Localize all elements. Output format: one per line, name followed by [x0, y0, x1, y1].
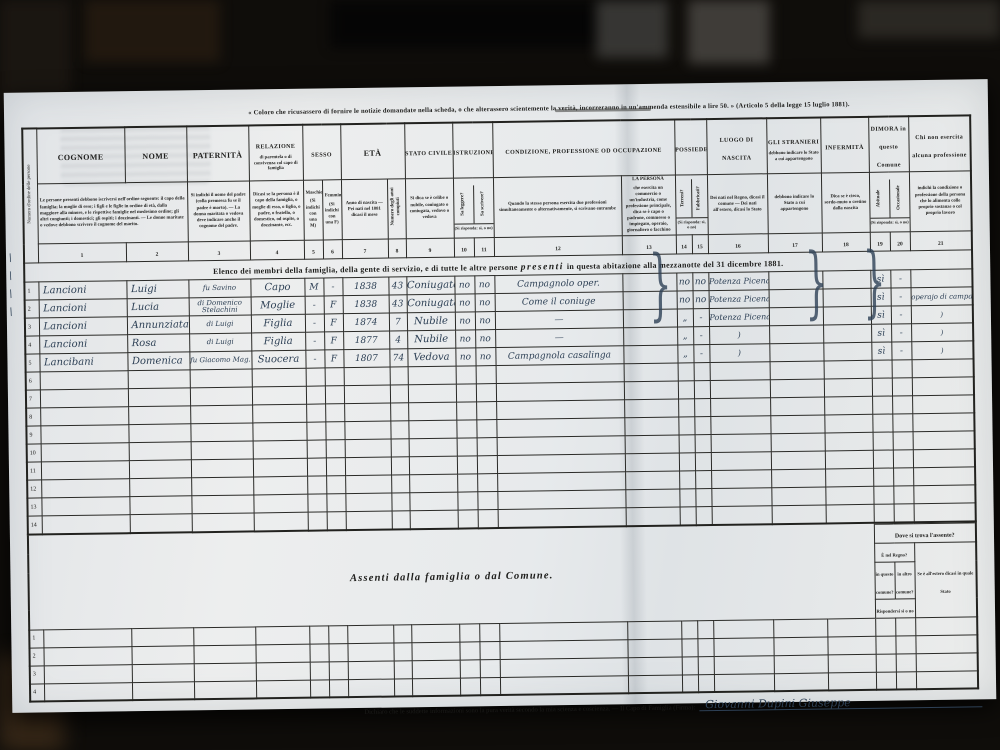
- cell-terreni: „: [677, 309, 693, 327]
- cell-f: [326, 458, 345, 476]
- cell-text: sì: [877, 328, 885, 338]
- absent-section-title: Assenti dalla famiglia o dal Comune.: [28, 524, 875, 630]
- chi-desc: indichi la condizione o professione dell…: [909, 171, 972, 232]
- cell-infermita: [824, 361, 872, 380]
- cell-infermita: [824, 397, 872, 416]
- cell-luogo: [710, 416, 770, 435]
- cell-text: -: [313, 318, 316, 328]
- cell-text: F: [331, 354, 337, 364]
- cell-infermita: [822, 271, 870, 290]
- cell-chi: [912, 395, 974, 414]
- cell-text: -: [699, 313, 702, 323]
- cell-text: Coniugata: [407, 298, 455, 310]
- cell-legge: no: [454, 276, 474, 294]
- cell-fabbricati: -: [693, 327, 709, 345]
- cell-anni: [392, 511, 410, 529]
- cell-legge: [459, 624, 479, 642]
- cell-terreni: [678, 399, 694, 417]
- cell-cognome: [43, 647, 131, 666]
- cell-scrive: [476, 420, 496, 438]
- cell-chi: [910, 269, 972, 288]
- background-object: [688, 0, 770, 64]
- cell-text: 1807: [355, 354, 378, 364]
- cell-m: [310, 662, 329, 680]
- pen-tick: ∕: [6, 268, 16, 286]
- cell-condizione: [496, 382, 624, 402]
- cell-infermita: [823, 325, 871, 344]
- cell-persona: [623, 309, 677, 328]
- cell-f: [326, 494, 345, 512]
- cell-anni: [393, 625, 411, 643]
- cell-cognome: [40, 425, 128, 444]
- paternita-desc: Si indichi il nome del padre (colla prem…: [187, 181, 250, 242]
- cell-dim_ab: sì: [871, 306, 891, 324]
- cell-luogo: [712, 506, 772, 525]
- cell-terreni: [678, 381, 694, 399]
- cell-nome: [129, 442, 191, 461]
- cell-nome: [129, 478, 191, 497]
- cell-num: 9: [26, 426, 40, 444]
- cell-straniero: [771, 451, 825, 470]
- cell-terreni: [678, 363, 694, 381]
- cell-fabbricati: no: [693, 291, 709, 309]
- cell-text: 6: [29, 378, 32, 384]
- cell-text: „: [683, 349, 688, 359]
- cell-paternita: [190, 369, 252, 388]
- cell-text: F: [330, 300, 336, 310]
- cell-nome: [131, 628, 193, 647]
- cell-text: 9: [29, 432, 32, 438]
- cell-text: 1877: [355, 336, 378, 346]
- cell-infermita: [823, 343, 871, 362]
- cell-f: [326, 440, 345, 458]
- margin-pen-ticks: ∕ ∕ ∕ ∕: [9, 250, 13, 322]
- cell-anno: [347, 643, 393, 662]
- cell-luogo: [711, 434, 771, 453]
- cell-terreni: [681, 639, 697, 657]
- cell-relazione: [252, 387, 306, 406]
- cell-paternita: [194, 681, 256, 700]
- cell-text: Capo: [264, 282, 290, 293]
- cell-condizione: Campagnolo oper.: [494, 274, 622, 294]
- cell-f: [328, 626, 347, 644]
- col-sesso-title: SESSO: [302, 124, 341, 180]
- cell-dim_oc: [895, 636, 915, 654]
- cell-luogo: Potenza Picena: [709, 308, 769, 327]
- cell-persona: [624, 381, 678, 400]
- cell-anni: 4: [389, 331, 407, 349]
- cell-straniero: [771, 469, 825, 488]
- cell-infermita: [824, 415, 872, 434]
- cell-text: -: [331, 282, 334, 292]
- cell-text: 5: [28, 360, 31, 366]
- questo-comune-header: in questo comune?: [874, 562, 895, 599]
- cell-cognome: [41, 443, 129, 462]
- cell-condizione: [500, 658, 628, 678]
- cell-luogo: [710, 362, 770, 381]
- cell-dim_oc: [892, 396, 912, 414]
- cell-stato: [408, 384, 456, 403]
- cell-legge: [458, 510, 478, 528]
- cell-relazione: [256, 680, 310, 699]
- cell-text: Campagnolo oper.: [517, 278, 600, 289]
- cell-anni: [391, 439, 409, 457]
- cell-paternita: [192, 513, 254, 532]
- cell-stato: [411, 624, 459, 643]
- cell-dim_oc: [895, 618, 915, 636]
- cell-fabbricati: [694, 363, 710, 381]
- cell-straniero: [769, 343, 823, 362]
- cell-m: -: [305, 296, 324, 314]
- cell-m: [308, 512, 327, 530]
- cell-f: [328, 644, 347, 662]
- cell-scrive: [479, 623, 499, 641]
- cell-dim_oc: [893, 450, 913, 468]
- cell-text: -: [899, 310, 902, 320]
- cell-text: -: [313, 300, 316, 310]
- cell-text: no: [460, 334, 471, 344]
- cell-relazione: [253, 477, 307, 496]
- cell-terreni: [679, 471, 695, 489]
- cell-scrive: [480, 659, 500, 677]
- photo-of-census-sheet: { "colors": {"paper":"#e9ebec","ink":"#2…: [0, 0, 1000, 750]
- col-condizione-title: CONDIZIONE, PROFESSIONE OD OCCUPAZIONE: [492, 120, 675, 178]
- cell-text: di Luigi: [207, 338, 234, 346]
- cell-persona: [626, 507, 680, 526]
- cell-anno: [348, 679, 394, 698]
- cell-text: 7: [395, 317, 401, 327]
- cell-f: -: [323, 278, 342, 296]
- cell-terreni: no: [677, 291, 693, 309]
- cell-text: 1838: [354, 282, 377, 292]
- cell-text: Nubile: [414, 316, 448, 327]
- cell-text: 1: [32, 636, 35, 642]
- cell-stato: [411, 642, 459, 661]
- cell-straniero: [774, 655, 828, 674]
- col-istruzione-title: ISTRUZIONE: [452, 122, 493, 178]
- cell-infermita: [825, 469, 873, 488]
- cell-text: —: [555, 333, 564, 343]
- cell-text: fu Giacomo Mag.: [190, 356, 251, 365]
- cell-text: Nubile: [414, 334, 448, 345]
- cell-fabbricati: -: [693, 345, 709, 363]
- cell-num: 1: [29, 630, 43, 648]
- cell-nome: Rosa: [127, 334, 189, 353]
- cell-text: no: [460, 352, 471, 362]
- cell-infermita: [826, 505, 874, 524]
- cell-nome: [130, 514, 192, 533]
- relazione-desc: Dicasi se la persona è il capo della fam…: [249, 180, 304, 241]
- cell-terreni: [680, 507, 696, 525]
- cell-anno: [344, 421, 390, 440]
- cell-nome: Lucia: [127, 298, 189, 317]
- cell-fabbricati: [697, 638, 713, 656]
- cell-stato: [409, 474, 457, 493]
- cell-straniero: [769, 289, 823, 308]
- cell-dim_oc: [894, 504, 914, 522]
- cell-chi: [915, 635, 977, 654]
- cell-f: [325, 386, 344, 404]
- cell-text: Campagnola casalinga: [508, 350, 611, 361]
- cell-dim_ab: [875, 618, 895, 636]
- cell-scrive: [477, 474, 497, 492]
- cell-anni: [390, 367, 408, 385]
- cell-f: [329, 680, 348, 698]
- cell-anno: [345, 475, 391, 494]
- cell-num: 8: [26, 408, 40, 426]
- cell-text: 10: [30, 450, 36, 456]
- cell-dim_oc: -: [891, 288, 911, 306]
- cell-dim_oc: -: [891, 306, 911, 324]
- cell-cognome: [42, 515, 130, 534]
- cell-relazione: [253, 459, 307, 478]
- cell-fabbricati: [696, 507, 712, 525]
- cell-cognome: Lancioni: [39, 335, 127, 354]
- col-luogo-title: LUOGO DI NASCITA: [706, 118, 767, 174]
- cell-chi: [913, 449, 975, 468]
- cell-luogo: [713, 620, 773, 639]
- cell-cognome: Lancibani: [39, 353, 127, 372]
- eta-anni-desc: Numero degli anni compiuti: [387, 179, 406, 240]
- cell-terreni: „: [677, 327, 693, 345]
- cell-scrive: no: [475, 330, 495, 348]
- cell-text: -: [899, 274, 902, 284]
- cell-text: sì: [877, 292, 885, 302]
- cell-relazione: [253, 495, 307, 514]
- cell-infermita: [823, 289, 871, 308]
- cell-condizione: [499, 640, 627, 660]
- cell-dim_oc: [893, 468, 913, 486]
- cell-nome: [128, 370, 190, 389]
- cell-dim_ab: sì: [871, 342, 891, 360]
- cell-nome: [129, 460, 191, 479]
- cell-num: 12: [27, 480, 41, 498]
- cell-persona: [623, 327, 677, 346]
- cell-straniero: [772, 505, 826, 524]
- cell-m: M: [304, 278, 323, 296]
- cell-num: 13: [27, 498, 41, 516]
- cell-luogo: [710, 380, 770, 399]
- cell-cognome: [41, 479, 129, 498]
- cell-terreni: [682, 657, 698, 675]
- cell-text: Lancioni: [43, 321, 87, 333]
- cell-infermita: [827, 636, 875, 655]
- cell-text: „: [683, 331, 688, 341]
- cell-legge: [457, 456, 477, 474]
- cell-scrive: [477, 438, 497, 456]
- cell-relazione: [255, 644, 309, 663]
- cell-text: no: [480, 334, 491, 344]
- cell-straniero: [770, 379, 824, 398]
- cell-nome: [129, 496, 191, 515]
- cell-text: 2: [28, 306, 31, 312]
- cell-fabbricati: [697, 620, 713, 638]
- cell-nome: [128, 424, 190, 443]
- infermita-desc: Dica se è cieco, sordo-muto o cretino da…: [821, 172, 870, 233]
- cell-stato: [409, 438, 457, 457]
- cell-persona: [628, 675, 682, 694]
- declaration-text: Dichiaro che le suddette informazioni so…: [364, 705, 695, 717]
- cell-condizione: Campagnola casalinga: [495, 346, 623, 366]
- cell-text: 12: [30, 486, 36, 492]
- cell-text: 11: [30, 468, 36, 474]
- cell-cognome: [44, 683, 132, 702]
- cell-paternita: [190, 423, 252, 442]
- cell-text: 8: [29, 414, 32, 420]
- cell-f: [325, 422, 344, 440]
- cell-num: 2: [29, 648, 43, 666]
- cell-text: no: [479, 280, 490, 290]
- cell-text: -: [899, 292, 902, 302]
- cell-num: 4: [30, 684, 44, 702]
- col-dimora-title: DIMORA in questo Comune: [868, 116, 909, 172]
- cell-relazione: [252, 369, 306, 388]
- cell-m: -: [305, 332, 324, 350]
- cell-anno: [344, 367, 390, 386]
- cell-persona: [625, 435, 679, 454]
- cell-text: no: [695, 295, 706, 305]
- cell-luogo: [713, 638, 773, 657]
- cell-text: no: [459, 298, 470, 308]
- cell-stato: [408, 420, 456, 439]
- cell-scrive: no: [475, 348, 495, 366]
- cell-straniero: [770, 361, 824, 380]
- in-regno-header: È nel Regno?: [874, 543, 914, 563]
- cell-persona: [623, 345, 677, 364]
- absent-table: Assenti dalla famiglia o dal Comune. Dov…: [27, 522, 979, 703]
- cell-luogo: [714, 674, 774, 693]
- cell-straniero: [770, 397, 824, 416]
- altro-comune-header: in altro comune?: [894, 562, 915, 599]
- cell-anni: 43: [388, 277, 406, 295]
- cell-chi: ): [911, 305, 973, 324]
- cell-num: 4: [25, 336, 39, 354]
- cell-infermita: [825, 487, 873, 506]
- cell-infermita: [824, 379, 872, 398]
- cell-dim_ab: [873, 486, 893, 504]
- cell-num: 3: [25, 318, 39, 336]
- cell-text: no: [479, 298, 490, 308]
- cell-text: Lancioni: [44, 339, 88, 351]
- estero-header: Se è all'estero dicasi in quale Stato: [914, 542, 977, 618]
- cell-chi: [916, 671, 978, 690]
- cell-chi: [913, 485, 975, 504]
- cell-num: 7: [26, 390, 40, 408]
- cell-relazione: [252, 405, 306, 424]
- cell-text: 1: [27, 288, 30, 294]
- cell-f: F: [324, 332, 343, 350]
- cell-fabbricati: [694, 381, 710, 399]
- cell-relazione: Moglie: [251, 297, 305, 316]
- cell-terreni: [682, 675, 698, 693]
- cell-anno: [346, 511, 392, 530]
- cell-text: ): [940, 311, 943, 319]
- cell-text: Coniugato: [407, 280, 455, 292]
- cell-anno: 1874: [343, 313, 389, 332]
- cell-f: [329, 662, 348, 680]
- cell-text: —: [554, 315, 563, 325]
- cell-legge: no: [455, 330, 475, 348]
- cell-dim_oc: -: [891, 342, 911, 360]
- main-census-table: Numero d'ordine delle persone COGNOME NO…: [21, 114, 977, 535]
- cell-chi: [914, 503, 976, 522]
- cell-legge: [456, 366, 476, 384]
- cell-fabbricati: [694, 417, 710, 435]
- cell-cognome: Lancioni: [39, 299, 127, 318]
- cell-straniero: [773, 619, 827, 638]
- cell-text: -: [700, 331, 703, 341]
- cell-text: sì: [877, 274, 885, 284]
- cell-text: 43: [392, 299, 404, 309]
- cell-infermita: [827, 618, 875, 637]
- cell-condizione: [496, 400, 624, 420]
- num-vertical-label: Numero d'ordine delle persone: [27, 164, 34, 223]
- cell-text: Potenza Picena: [709, 277, 769, 287]
- respond-note: Rispondersi sì o no: [875, 599, 915, 619]
- cell-nome: Domenica: [127, 352, 189, 371]
- cell-chi: [913, 467, 975, 486]
- cell-dim_ab: sì: [870, 270, 890, 288]
- cell-stato: Vedova: [407, 348, 455, 367]
- cell-scrive: [476, 402, 496, 420]
- cell-dim_ab: [872, 360, 892, 378]
- cell-dim_oc: -: [891, 324, 911, 342]
- cell-persona: [624, 399, 678, 418]
- cell-anni: 43: [389, 295, 407, 313]
- cell-relazione: [255, 626, 309, 645]
- cell-luogo: Potenza Picena: [708, 272, 768, 291]
- cell-text: Come il coniuge: [522, 297, 596, 308]
- cell-fabbricati: [695, 453, 711, 471]
- cell-luogo: Potenza Picena: [709, 290, 769, 309]
- cell-num: 3: [30, 666, 44, 684]
- cell-anno: [348, 661, 394, 680]
- cell-stato: [410, 510, 458, 529]
- col-stranieri-title: GLI STRANIERIdebbono indicare lo Stato a…: [766, 118, 821, 174]
- cell-num: 5: [25, 354, 39, 372]
- col-paternita-title: PATERNITÀ: [186, 125, 249, 181]
- sesso-f-desc: Femmina(Si indichi con una F): [322, 180, 342, 241]
- dimora-desc: AbitualeOccasionale (Si risponda: sì, o …: [869, 172, 910, 233]
- cell-nome: [131, 646, 193, 665]
- cell-text: -: [900, 346, 903, 356]
- cell-chi: operajo di campagna: [911, 287, 973, 306]
- cell-text: 14: [31, 522, 37, 528]
- cell-m: [307, 494, 326, 512]
- cell-text: fu Savino: [203, 284, 236, 292]
- cell-anni: [393, 643, 411, 661]
- cell-condizione: [497, 454, 625, 474]
- cell-m: [306, 404, 325, 422]
- cell-fabbricati: [695, 435, 711, 453]
- cell-dim_ab: [875, 636, 895, 654]
- cell-dim_oc: [892, 414, 912, 432]
- cell-straniero: [771, 487, 825, 506]
- cell-text: no: [480, 352, 491, 362]
- cell-stato: Coniugato: [406, 277, 454, 296]
- cell-anni: [394, 661, 412, 679]
- cell-text: F: [330, 318, 336, 328]
- luogo-desc: Dei nati nel Regno, dicasi il comune — D…: [707, 174, 768, 235]
- where-absent-title: Dove si trova l'assente?: [874, 523, 976, 543]
- cell-legge: [459, 642, 479, 660]
- eta-anno-desc: Anno di nascita — Pei nati nel 1881 dica…: [341, 179, 388, 240]
- cell-stato: Nubile: [407, 330, 455, 349]
- cell-fabbricati: [695, 489, 711, 507]
- cell-cognome: [41, 497, 129, 516]
- cell-num: 11: [27, 462, 41, 480]
- cell-condizione: [497, 490, 625, 510]
